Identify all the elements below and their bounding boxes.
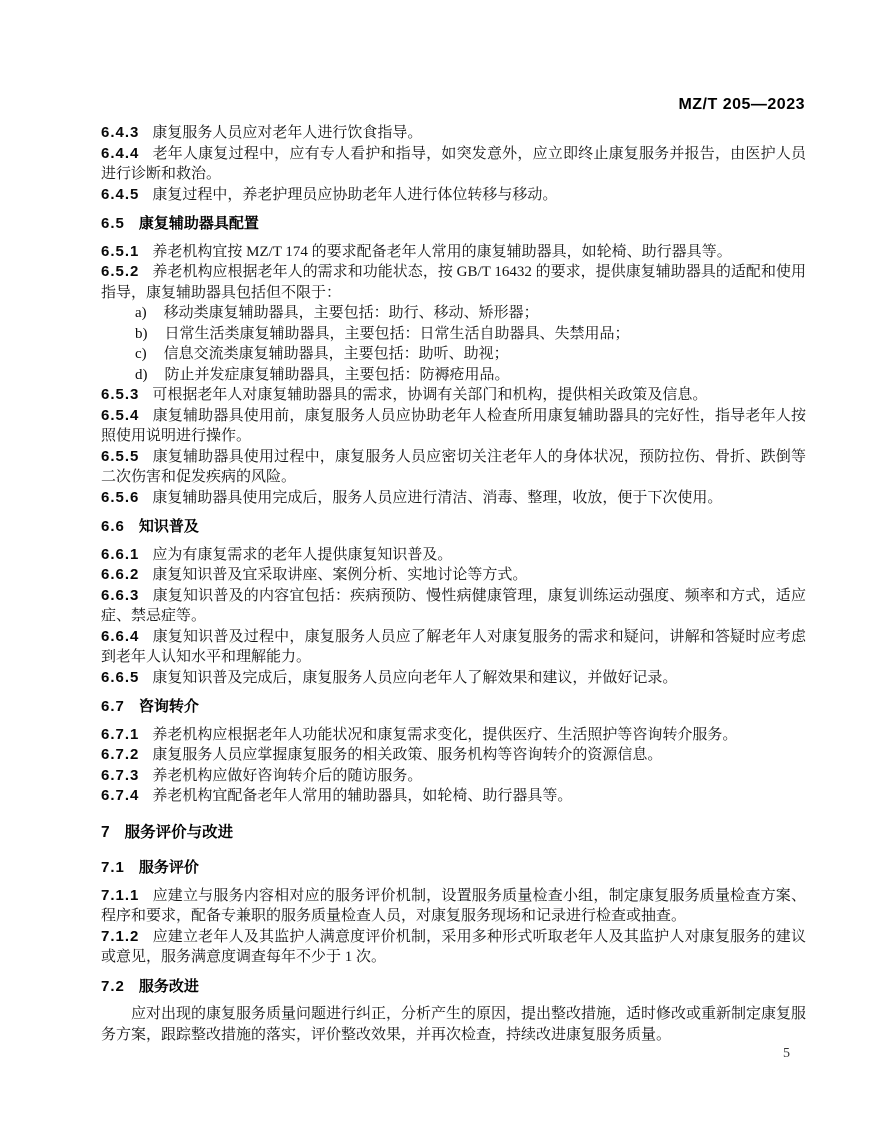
clause-number: 7.1.2 xyxy=(101,928,152,945)
standard-number: MZ/T 205—2023 xyxy=(678,96,805,113)
clause-number: 7.1.1 xyxy=(101,887,152,904)
clause-text: 康复知识普及过程中，康复服务人员应了解老年人对康复服务的需求和疑问，讲解和答疑时… xyxy=(101,629,806,666)
clause-text: 服务评价 xyxy=(139,859,199,876)
clause-6.7.3: 6.7.3养老机构应做好咨询转介后的随访服务。 xyxy=(101,766,806,787)
clause-number: 6.7.4 xyxy=(101,787,152,804)
clause-number: 6.5.4 xyxy=(101,407,152,424)
clause-6.6.2: 6.6.2康复知识普及宜采取讲座、案例分析、实地讨论等方式。 xyxy=(101,565,806,586)
clause-6.5.6: 6.5.6康复辅助器具使用完成后，服务人员应进行清洁、消毒、整理，收放，便于下次… xyxy=(101,488,806,509)
clause-number: 6.7.2 xyxy=(101,746,152,763)
document-body: 6.4.3康复服务人员应对老年人进行饮食指导。6.4.4老年人康复过程中，应有专… xyxy=(101,123,806,1045)
clause-6.5.3: 6.5.3可根据老年人对康复辅助器具的需求，协调有关部门和机构，提供相关政策及信… xyxy=(101,385,806,406)
clause-text: 康复过程中，养老护理员应协助老年人进行体位转移与移动。 xyxy=(152,187,557,203)
clause-number: 6.4.4 xyxy=(101,145,152,162)
list-item-a: a)移动类康复辅助器具，主要包括：助行、移动、矫形器； xyxy=(101,303,806,324)
clause-number: 6.5.1 xyxy=(101,243,152,260)
clause-text: 养老机构宜配备老年人常用的辅助器具，如轮椅、助行器具等。 xyxy=(152,788,572,804)
clause-6.4.5: 6.4.5康复过程中，养老护理员应协助老年人进行体位转移与移动。 xyxy=(101,185,806,206)
clause-number: 6.5.6 xyxy=(101,489,152,506)
list-item-c: c)信息交流类康复辅助器具，主要包括：助听、助视； xyxy=(101,344,806,365)
list-marker: c) xyxy=(135,346,164,362)
clause-6.6.1: 6.6.1应为有康复需求的老年人提供康复知识普及。 xyxy=(101,545,806,566)
clause-6.5.2: 6.5.2养老机构应根据老年人的需求和功能状态，按 GB/T 16432 的要求… xyxy=(101,262,806,303)
list-item-b: b)日常生活类康复辅助器具，主要包括：日常生活自助器具、失禁用品； xyxy=(101,324,806,345)
clause-text: 应为有康复需求的老年人提供康复知识普及。 xyxy=(152,547,452,563)
clause-text: 服务改进 xyxy=(139,978,199,995)
section-heading-7.2: 7.2服务改进 xyxy=(101,977,806,998)
list-marker: a) xyxy=(135,305,164,321)
clause-number: 6.5 xyxy=(101,215,139,232)
section-heading-6.5: 6.5康复辅助器具配置 xyxy=(101,214,806,235)
clause-6.4.4: 6.4.4老年人康复过程中，应有专人看护和指导，如突发意外，应立即终止康复服务并… xyxy=(101,144,806,185)
section-heading-6.6: 6.6知识普及 xyxy=(101,517,806,538)
clause-number: 6.4.5 xyxy=(101,186,152,203)
clause-text: 养老机构应根据老年人的需求和功能状态，按 GB/T 16432 的要求，提供康复… xyxy=(101,264,806,301)
list-item-d: d)防止并发症康复辅助器具，主要包括：防褥疮用品。 xyxy=(101,365,806,386)
clause-text: 康复辅助器具使用完成后，服务人员应进行清洁、消毒、整理，收放，便于下次使用。 xyxy=(152,490,722,506)
clause-text: 信息交流类康复辅助器具，主要包括：助听、助视； xyxy=(164,346,509,362)
clause-text: 康复知识普及完成后，康复服务人员应向老年人了解效果和建议，并做好记录。 xyxy=(152,670,677,686)
clause-6.5.5: 6.5.5康复辅助器具使用过程中，康复服务人员应密切关注老年人的身体状况，预防拉… xyxy=(101,447,806,488)
clause-number: 6.6.3 xyxy=(101,587,152,604)
clause-text: 康复知识普及的内容宜包括：疾病预防、慢性病健康管理，康复训练运动强度、频率和方式… xyxy=(101,588,806,625)
clause-number: 6.7 xyxy=(101,698,139,715)
clause-text: 咨询转介 xyxy=(139,698,199,715)
clause-text: 养老机构应做好咨询转介后的随访服务。 xyxy=(152,768,422,784)
clause-number: 6.4.3 xyxy=(101,124,152,141)
page-number: 5 xyxy=(100,1046,790,1062)
section-heading-7.1: 7.1服务评价 xyxy=(101,858,806,879)
clause-6.6.5: 6.6.5康复知识普及完成后，康复服务人员应向老年人了解效果和建议，并做好记录。 xyxy=(101,668,806,689)
clause-text: 日常生活类康复辅助器具，主要包括：日常生活自助器具、失禁用品； xyxy=(165,326,630,342)
clause-text: 康复辅助器具使用前，康复服务人员应协助老年人检查所用康复辅助器具的完好性，指导老… xyxy=(101,408,806,445)
clause-number: 6.7.1 xyxy=(101,726,152,743)
clause-text: 老年人康复过程中，应有专人看护和指导，如突发意外，应立即终止康复服务并报告，由医… xyxy=(101,146,806,183)
clause-number: 6.6.1 xyxy=(101,546,152,563)
clause-6.7.2: 6.7.2康复服务人员应掌握康复服务的相关政策、服务机构等咨询转介的资源信息。 xyxy=(101,745,806,766)
clause-number: 7 xyxy=(101,824,125,841)
clause-number: 6.6 xyxy=(101,518,139,535)
document-header: MZ/T 205—2023 xyxy=(100,96,805,114)
list-marker: d) xyxy=(135,367,165,383)
clause-text: 养老机构宜按 MZ/T 174 的要求配备老年人常用的康复辅助器具，如轮椅、助行… xyxy=(152,244,731,260)
clause-number: 7.1 xyxy=(101,859,139,876)
clause-number: 6.6.4 xyxy=(101,628,152,645)
clause-number: 6.7.3 xyxy=(101,767,152,784)
list-marker: b) xyxy=(135,326,165,342)
clause-6.6.3: 6.6.3康复知识普及的内容宜包括：疾病预防、慢性病健康管理，康复训练运动强度、… xyxy=(101,586,806,627)
clause-text: 养老机构应根据老年人功能状况和康复需求变化，提供医疗、生活照护等咨询转介服务。 xyxy=(152,727,737,743)
clause-number: 6.5.2 xyxy=(101,263,152,280)
clause-text: 康复知识普及宜采取讲座、案例分析、实地讨论等方式。 xyxy=(152,567,527,583)
clause-text: 服务评价与改进 xyxy=(125,824,234,841)
body-paragraph: 应对出现的康复服务质量问题进行纠正，分析产生的原因，提出整改措施，适时修改或重新… xyxy=(101,1004,806,1045)
clause-7.1.2: 7.1.2应建立老年人及其监护人满意度评价机制，采用多种形式听取老年人及其监护人… xyxy=(101,927,806,968)
document-page: MZ/T 205—2023 6.4.3康复服务人员应对老年人进行饮食指导。6.4… xyxy=(0,0,895,1141)
clause-number: 6.5.5 xyxy=(101,448,152,465)
clause-text: 应建立老年人及其监护人满意度评价机制，采用多种形式听取老年人及其监护人对康复服务… xyxy=(101,929,806,966)
clause-6.7.4: 6.7.4养老机构宜配备老年人常用的辅助器具，如轮椅、助行器具等。 xyxy=(101,786,806,807)
clause-text: 移动类康复辅助器具，主要包括：助行、移动、矫形器； xyxy=(164,305,539,321)
clause-text: 康复辅助器具使用过程中，康复服务人员应密切关注老年人的身体状况，预防拉伤、骨折、… xyxy=(101,449,806,486)
clause-text: 康复服务人员应对老年人进行饮食指导。 xyxy=(152,125,422,141)
clause-number: 6.6.5 xyxy=(101,669,152,686)
clause-text: 防止并发症康复辅助器具，主要包括：防褥疮用品。 xyxy=(165,367,510,383)
clause-6.6.4: 6.6.4康复知识普及过程中，康复服务人员应了解老年人对康复服务的需求和疑问，讲… xyxy=(101,627,806,668)
clause-7.1.1: 7.1.1应建立与服务内容相对应的服务评价机制，设置服务质量检查小组，制定康复服… xyxy=(101,886,806,927)
clause-6.7.1: 6.7.1养老机构应根据老年人功能状况和康复需求变化，提供医疗、生活照护等咨询转… xyxy=(101,725,806,746)
clause-number: 7.2 xyxy=(101,978,139,995)
clause-6.5.1: 6.5.1养老机构宜按 MZ/T 174 的要求配备老年人常用的康复辅助器具，如… xyxy=(101,242,806,263)
clause-6.4.3: 6.4.3康复服务人员应对老年人进行饮食指导。 xyxy=(101,123,806,144)
clause-number: 6.6.2 xyxy=(101,566,152,583)
clause-text: 应对出现的康复服务质量问题进行纠正，分析产生的原因，提出整改措施，适时修改或重新… xyxy=(101,1006,806,1043)
chapter-heading-7: 7服务评价与改进 xyxy=(101,823,806,844)
clause-6.5.4: 6.5.4康复辅助器具使用前，康复服务人员应协助老年人检查所用康复辅助器具的完好… xyxy=(101,406,806,447)
clause-text: 可根据老年人对康复辅助器具的需求，协调有关部门和机构，提供相关政策及信息。 xyxy=(152,387,707,403)
clause-text: 知识普及 xyxy=(139,518,199,535)
clause-text: 康复服务人员应掌握康复服务的相关政策、服务机构等咨询转介的资源信息。 xyxy=(152,747,662,763)
section-heading-6.7: 6.7咨询转介 xyxy=(101,697,806,718)
clause-text: 康复辅助器具配置 xyxy=(139,215,259,232)
clause-number: 6.5.3 xyxy=(101,386,152,403)
clause-text: 应建立与服务内容相对应的服务评价机制，设置服务质量检查小组，制定康复服务质量检查… xyxy=(101,888,806,925)
